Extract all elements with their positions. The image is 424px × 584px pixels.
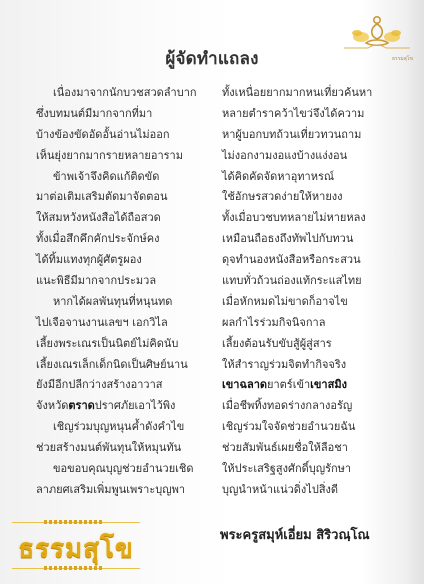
poem-line: ลาภยศเสริมเพิ่มพูนเพราะบุญพา: [36, 480, 210, 501]
poem-line: ให้สมหวังหนังสือได้ถือสวด: [36, 208, 210, 229]
ornament-icon: [44, 520, 104, 524]
poem-line: ให้สำราญร่วมจิตทำกิจจริง: [222, 355, 402, 376]
poem-line: แนะพิธีมีมากจากประมวล: [36, 271, 210, 292]
poem-line: ใช้อักษรสวดง่ายให้หายงง: [222, 187, 402, 208]
ornament-icon: [44, 566, 104, 570]
poem-line: เลี้ยงต้อนรับขับสู้ผู้สู่สาร: [222, 334, 402, 355]
poem-line: หากได้ผลพันทุนที่หนุนทด: [36, 292, 210, 313]
poem: เนื่องมาจากนักบวชสวดลำบาก ซึ่งบทมนต์มีมา…: [36, 83, 406, 501]
poem-line: ช่วยสร้างมนต์พันทุนให้หมุนทัน: [36, 438, 210, 459]
poem-line: หาผู้บอกบทถ้วนเที่ยวทวนถาม: [222, 125, 402, 146]
poem-line: บ้างข้องขัดอัดอั้นอ่านไม่ออก: [36, 125, 210, 146]
poem-text: ยาตร์เข้า: [267, 378, 310, 391]
poem-line: ซึ่งบทมนต์มีมากจากที่มา: [36, 104, 210, 125]
poem-line: ข้าพเจ้าจึงคิดแก้ติดขัด: [36, 167, 210, 188]
author-name: พระครูสมุห์เอี่ยม สิริวณฺโณ: [220, 524, 370, 545]
brand-name: ธรรมสุโข: [10, 528, 142, 569]
poem-line: ทั้งเมื่อสึกคึกคักประจักษ์คง: [36, 229, 210, 250]
brand-logo: ธรรมสุโข: [10, 518, 140, 570]
poem-line: เมื่อชีพทิ้งทอดร่างกลางอรัญ: [222, 396, 402, 417]
poem-line: เมื่อหักหมดไม่ขาดก็อาจไข: [222, 292, 402, 313]
poem-line: ยังมีอีกปลีกว่างสร้างอาวาส: [36, 375, 210, 396]
poem-line: ได้คิดคัดจัดหาอุทาหรณ์: [222, 167, 402, 188]
poem-line: ผลกำไรร่วมกิจนิจกาล: [222, 313, 402, 334]
poem-line: ทั้งเมื่อบวชบทหลายไม่หายหลง: [222, 208, 402, 229]
page-edge-shadow: [406, 0, 424, 584]
poem-column-left: เนื่องมาจากนักบวชสวดลำบาก ซึ่งบทมนต์มีมา…: [36, 83, 210, 501]
poem-line: จังหวัดตราดปราศภัยเอาไว้พิง: [36, 396, 210, 417]
poem-line: เนื่องมาจากนักบวชสวดลำบาก: [36, 83, 210, 104]
poem-line: เลี้ยงเณรเล็กเด็กนิดเป็นศิษย์นาน: [36, 355, 210, 376]
poem-line: บุญนำหน้าแน่วดิ่งไปสิ่งดี: [222, 480, 402, 501]
poem-line: แทบทั่วถ้วนถ่องแท้กระแสไทย: [222, 271, 402, 292]
poem-line: เลี้ยงพระเณรเป็นนิตย์ไม่คิดนับ: [36, 334, 210, 355]
poem-line: ทั้งเหนื่อยยากมากหนเที่ยวค้นหา: [222, 83, 402, 104]
poem-line: เขาฉลาดยาตร์เข้าเขาสมิง: [222, 375, 402, 396]
poem-line: หลายตำราคว้าไขว่จึงได้ความ: [222, 104, 402, 125]
place-name-trat: ตราด: [68, 399, 94, 412]
poem-line: ไม่งอกงามงอแงบ้างแง่งอน: [222, 146, 402, 167]
poem-line: เหมือนถือธงถึงทัพไปกับทวน: [222, 229, 402, 250]
poem-text: ปราศภัยเอาไว้พิง: [95, 399, 176, 412]
poem-line: มาต่อเติมเสริมตัดมาจัดตอน: [36, 187, 210, 208]
poem-line: เชิญร่วมใจจัดช่วยอำนวยฉัน: [222, 417, 402, 438]
poem-line: ขอขอบคุณบุญช่วยอำนวยเชิด: [36, 459, 210, 480]
poem-line: ดุจทำนองหนังสือหรือกระสวน: [222, 250, 402, 271]
poem-line: เชิญร่วมบุญหนุนค้ำดังคำไข: [36, 417, 210, 438]
place-name-khao-chalat: เขาฉลาด: [222, 378, 267, 391]
poem-line: ให้ประเสริฐสูงศักดิ์บุญรักษา: [222, 459, 402, 480]
poem-line: ไปเจือจานงานเลขฯ เอกวิไล: [36, 313, 210, 334]
poem-line: เห็นยุ่งยากมากรายหลายอาราม: [36, 146, 210, 167]
poem-line: ช่วยสัมพันธ์เผยชื่อให้ลือชา: [222, 438, 402, 459]
poem-column-right: ทั้งเหนื่อยยากมากหนเที่ยวค้นหา หลายตำราค…: [222, 83, 402, 501]
page-title: ผู้จัดทำแถลง: [0, 45, 424, 72]
place-name-khao-saming: เขาสมิง: [310, 378, 347, 391]
poem-line: ได้ทิ้มแทงทุกผู้ศัตรูผอง: [36, 250, 210, 271]
poem-text: จังหวัด: [36, 399, 68, 412]
